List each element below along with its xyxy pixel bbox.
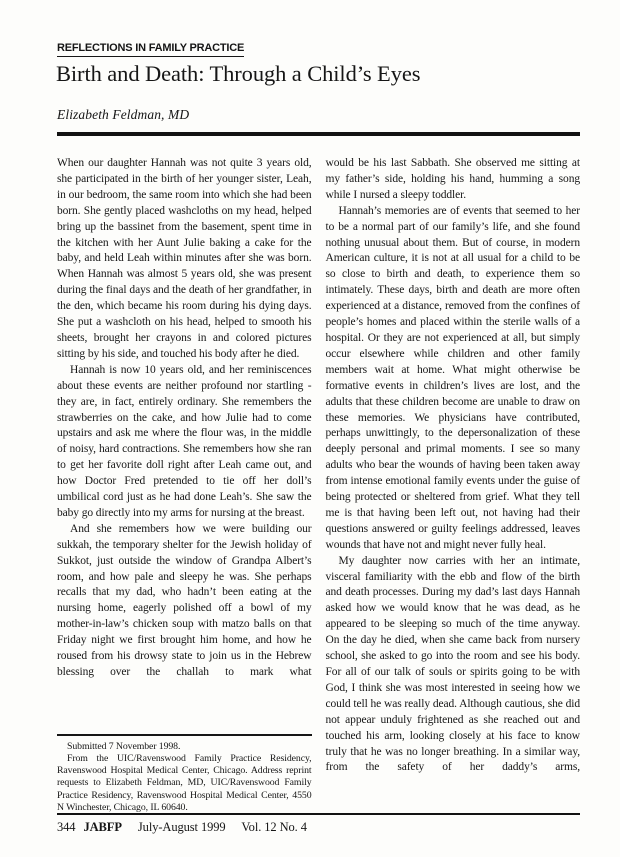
journal-article-page: REFLECTIONS IN FAMILY PRACTICE Birth and… (0, 0, 620, 857)
article-column-left: When our daughter Hannah was not quite 3… (57, 156, 312, 814)
paragraph: And she remembers how we were building o… (57, 522, 312, 681)
volume-number: Vol. 12 No. 4 (241, 820, 307, 834)
paragraph: When our daughter Hannah was not quite 3… (57, 156, 312, 363)
paragraph: would be his last Sabbath. She observed … (326, 156, 581, 204)
page-footer: 344 JABFP July-August 1999 Vol. 12 No. 4 (57, 820, 307, 835)
article-column-right: would be his last Sabbath. She observed … (326, 156, 581, 814)
paragraph: Hannah is now 10 years old, and her remi… (57, 363, 312, 522)
footnote-block: Submitted 7 November 1998. From the UIC/… (57, 730, 312, 814)
header-rule (57, 132, 580, 136)
journal-abbreviation: JABFP (83, 820, 121, 834)
paragraph: Hannah’s memories are of events that see… (326, 204, 581, 554)
footnote-submitted-date: Submitted 7 November 1998. (57, 741, 312, 753)
footnote-separator (57, 734, 312, 736)
issue-date: July-August 1999 (138, 820, 226, 834)
footer-rule (57, 813, 580, 815)
section-kicker: REFLECTIONS IN FAMILY PRACTICE (57, 42, 244, 57)
footnote-affiliation: From the UIC/Ravenswood Family Practice … (57, 753, 312, 814)
page-number: 344 (57, 820, 75, 834)
paragraph: My daughter now carries with her an inti… (326, 554, 581, 777)
article-title: Birth and Death: Through a Child’s Eyes (56, 61, 420, 87)
article-body: When our daughter Hannah was not quite 3… (57, 156, 580, 814)
author-byline: Elizabeth Feldman, MD (57, 107, 189, 123)
